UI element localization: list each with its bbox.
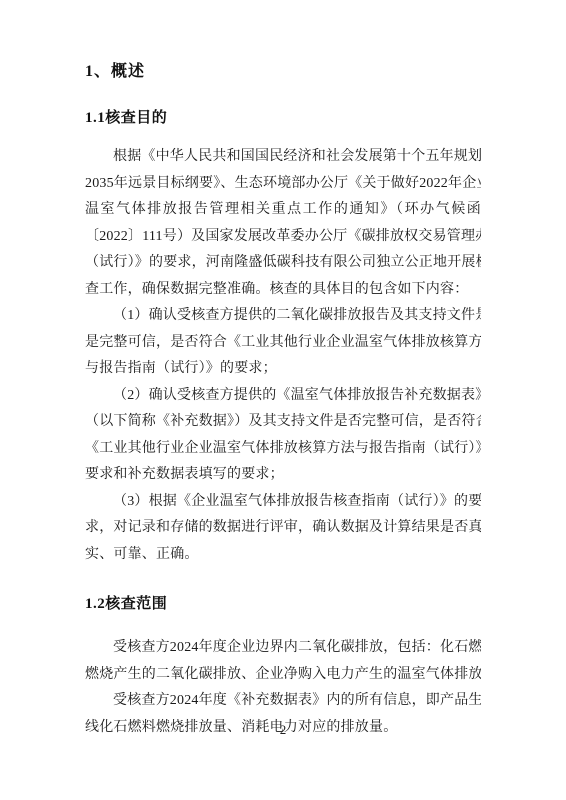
text-line: 2035年远景目标纲要》、生态环境部办公厅《关于做好2022年企业 (85, 171, 481, 198)
text-line: 燃烧产生的二氧化碳排放、企业净购入电力产生的温室气体排放。 (85, 662, 481, 689)
text-line: （以下简称《补充数据》）及其支持文件是否完整可信，是否符合 (85, 409, 481, 436)
text-line: 温室气体排放报告管理相关重点工作的通知》（环办气候函 (85, 197, 481, 224)
section-1-heading: 1、概述 (85, 62, 481, 82)
page-number: 2 (0, 722, 566, 738)
text-line: 查工作，确保数据完整准确。核查的具体目的包含如下内容： (85, 277, 481, 304)
text-line: （试行）》的要求，河南隆盛低碳科技有限公司独立公正地开展核 (85, 250, 481, 277)
text-line: 与报告指南（试行）》的要求； (85, 356, 481, 383)
text-line: 根据《中华人民共和国国民经济和社会发展第十个五年规划和 (85, 144, 481, 171)
text-line: （3）根据《企业温室气体排放报告核查指南（试行）》的要 (85, 489, 481, 516)
text-line: 要求和补充数据表填写的要求； (85, 462, 481, 489)
text-line: 求，对记录和存储的数据进行评审，确认数据及计算结果是否真 (85, 515, 481, 542)
text-line: 受核查方2024年度《补充数据表》内的所有信息，即产品生产 (85, 688, 481, 715)
text-line: 是完整可信，是否符合《工业其他行业企业温室气体排放核算方法 (85, 330, 481, 357)
section-1-1-heading: 1.1核查目的 (85, 109, 481, 128)
text-line: 受核查方2024年度企业边界内二氧化碳排放，包括：化石燃料 (85, 635, 481, 662)
text-line: （1）确认受核查方提供的二氧化碳排放报告及其支持文件是否 (85, 303, 481, 330)
document-page: 1、概述 1.1核查目的 根据《中华人民共和国国民经济和社会发展第十个五年规划和… (0, 0, 566, 800)
text-line: 〔2022〕111号）及国家发展改革委办公厅《碳排放权交易管理办法 (85, 224, 481, 251)
text-line: 实、可靠、正确。 (85, 542, 481, 569)
text-line: （2）确认受核查方提供的《温室气体排放报告补充数据表》 (85, 383, 481, 410)
section-1-2-heading: 1.2核查范围 (85, 595, 481, 614)
section-1-1-body: 根据《中华人民共和国国民经济和社会发展第十个五年规划和 2035年远景目标纲要》… (85, 144, 481, 568)
text-line: 《工业其他行业企业温室气体排放核算方法与报告指南（试行）》的 (85, 436, 481, 463)
